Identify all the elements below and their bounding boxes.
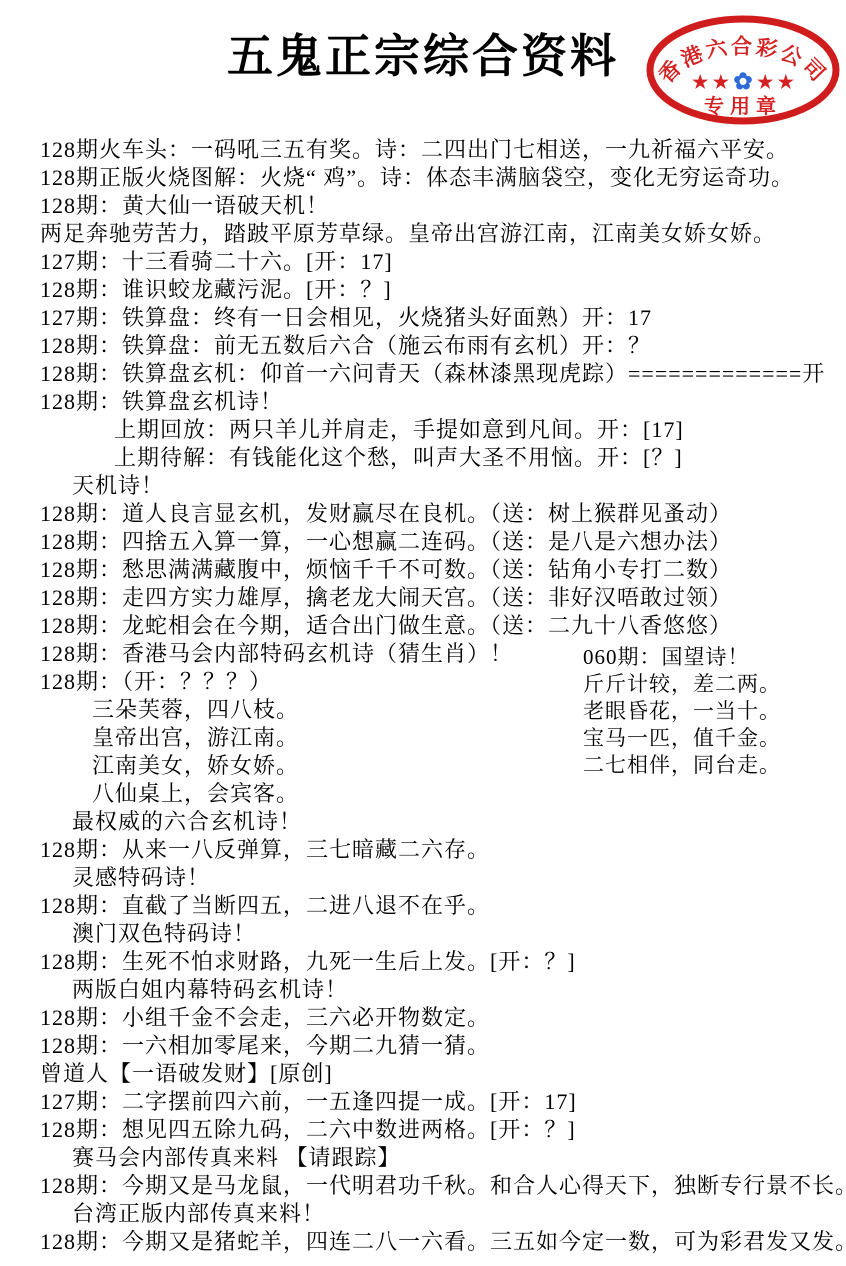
text-line: 128期：四捨五入算一算，一心想赢二连码。（送：是八是六想办法） [0,528,846,556]
text-line: 127期：二字摆前四六前，一五逢四提一成。[开：17] [0,1088,846,1116]
side-note: 060期：国望诗！斤斤计较，差二两。老眼昏花，一当十。宝马一匹，值千金。二七相伴… [583,644,781,779]
text-line: 128期：铁算盘：前无五数后六合（施云布雨有玄机）开：？ [0,332,846,360]
side-note-line: 二七相伴，同台走。 [583,752,781,779]
text-line: 曾道人【一语破发财】[原创] [0,1060,846,1088]
text-line: 赛马会内部传真来料 【请跟踪】 [0,1144,846,1172]
side-note-line: 老眼昏花，一当十。 [583,698,781,725]
text-line: 128期：生死不怕求财路，九死一生后上发。[开：？] [0,948,846,976]
side-note-line: 宝马一匹，值千金。 [583,725,781,752]
text-line: 八仙桌上，会宾客。 [0,780,846,808]
text-line: 128期：龙蛇相会在今期，适合出门做生意。（送：二九十八香悠悠） [0,612,846,640]
page: 五鬼正宗综合资料 香港六合彩公司 ★ ★ ✿ ★ ★ 专用章 128期火车头：一… [0,0,846,1266]
text-line: 128期正版火烧图解：火烧“ 鸡”。诗：体态丰满脑袋空，变化无穷运奇功。 [0,164,846,192]
text-line: 128期：铁算盘玄机诗！ [0,388,846,416]
text-line: 128期：一六相加零尾来，今期二九猜一猜。 [0,1032,846,1060]
text-line: 128期：铁算盘玄机：仰首一六问青天（森林漆黑现虎踪）=============… [0,360,846,388]
stamp-graphic: 香港六合彩公司 ★ ★ ✿ ★ ★ 专用章 [643,10,843,130]
side-note-line: 060期：国望诗！ [583,644,781,671]
text-line: 127期：十三看骑二十六。[开：17] [0,248,846,276]
text-line: 灵感特码诗！ [0,864,846,892]
text-line: 128期：走四方实力雄厚，擒老龙大闹天宫。（送：非好汉唔敢过领） [0,584,846,612]
text-line: 最权威的六合玄机诗！ [0,808,846,836]
text-line: 澳门双色特码诗！ [0,920,846,948]
text-line: 128期：小组千金不会走，三六必开物数定。 [0,1004,846,1032]
text-line: 127期：铁算盘：终有一日会相见，火烧猪头好面熟）开：17 [0,304,846,332]
stamp-stars-row: ★ ★ ✿ ★ ★ [692,69,795,94]
text-line: 128期：想见四五除九码，二六中数进两格。[开：？] [0,1116,846,1144]
text-line: 两足奔驰劳苦力，踏跛平原芳草绿。皇帝出宫游江南，江南美女娇女娇。 [0,220,846,248]
text-line: 台湾正版内部传真来料！ [0,1200,846,1228]
text-line: 上期回放：两只羊儿并肩走，手提如意到凡间。开：[17] [0,416,846,444]
text-line: 128期：愁思满满藏腹中，烦恼千千不可数。（送：钻角小专打二数） [0,556,846,584]
text-line: 128期：直截了当断四五，二进八退不在乎。 [0,892,846,920]
text-line: 128期：谁识蛟龙藏污泥。[开：？] [0,276,846,304]
text-line: 128期：今期又是马龙鼠，一代明君功千秋。和合人心得天下，独断专行景不长。 [0,1172,846,1200]
text-line: 128期：从来一八反弹算，三七暗藏二六存。 [0,836,846,864]
company-stamp: 香港六合彩公司 ★ ★ ✿ ★ ★ 专用章 [643,10,843,130]
text-line: 128期：道人良言显玄机，发财赢尽在良机。（送：树上猴群见蚤动） [0,500,846,528]
side-note-line: 斤斤计较，差二两。 [583,671,781,698]
text-line: 128期火车头：一码吼三五有奖。诗：二四出门七相送，一九祈福六平安。 [0,136,846,164]
bauhinia-flower-icon: ✿ [733,69,752,94]
stamp-stars-right: ★ ★ [757,72,795,92]
text-line: 128期：今期又是猪蛇羊，四连二八一六看。三五如今定一数，可为彩君发又发。 [0,1228,846,1256]
stamp-bottom-text: 专用章 [704,94,782,118]
text-line: 两版白姐内幕特码玄机诗！ [0,976,846,1004]
text-line: 天机诗！ [0,472,846,500]
text-line: 128期：黄大仙一语破天机！ [0,192,846,220]
text-line: 上期待解：有钱能化这个愁，叫声大圣不用恼。开：[？] [0,444,846,472]
stamp-stars-left: ★ ★ [692,72,733,92]
